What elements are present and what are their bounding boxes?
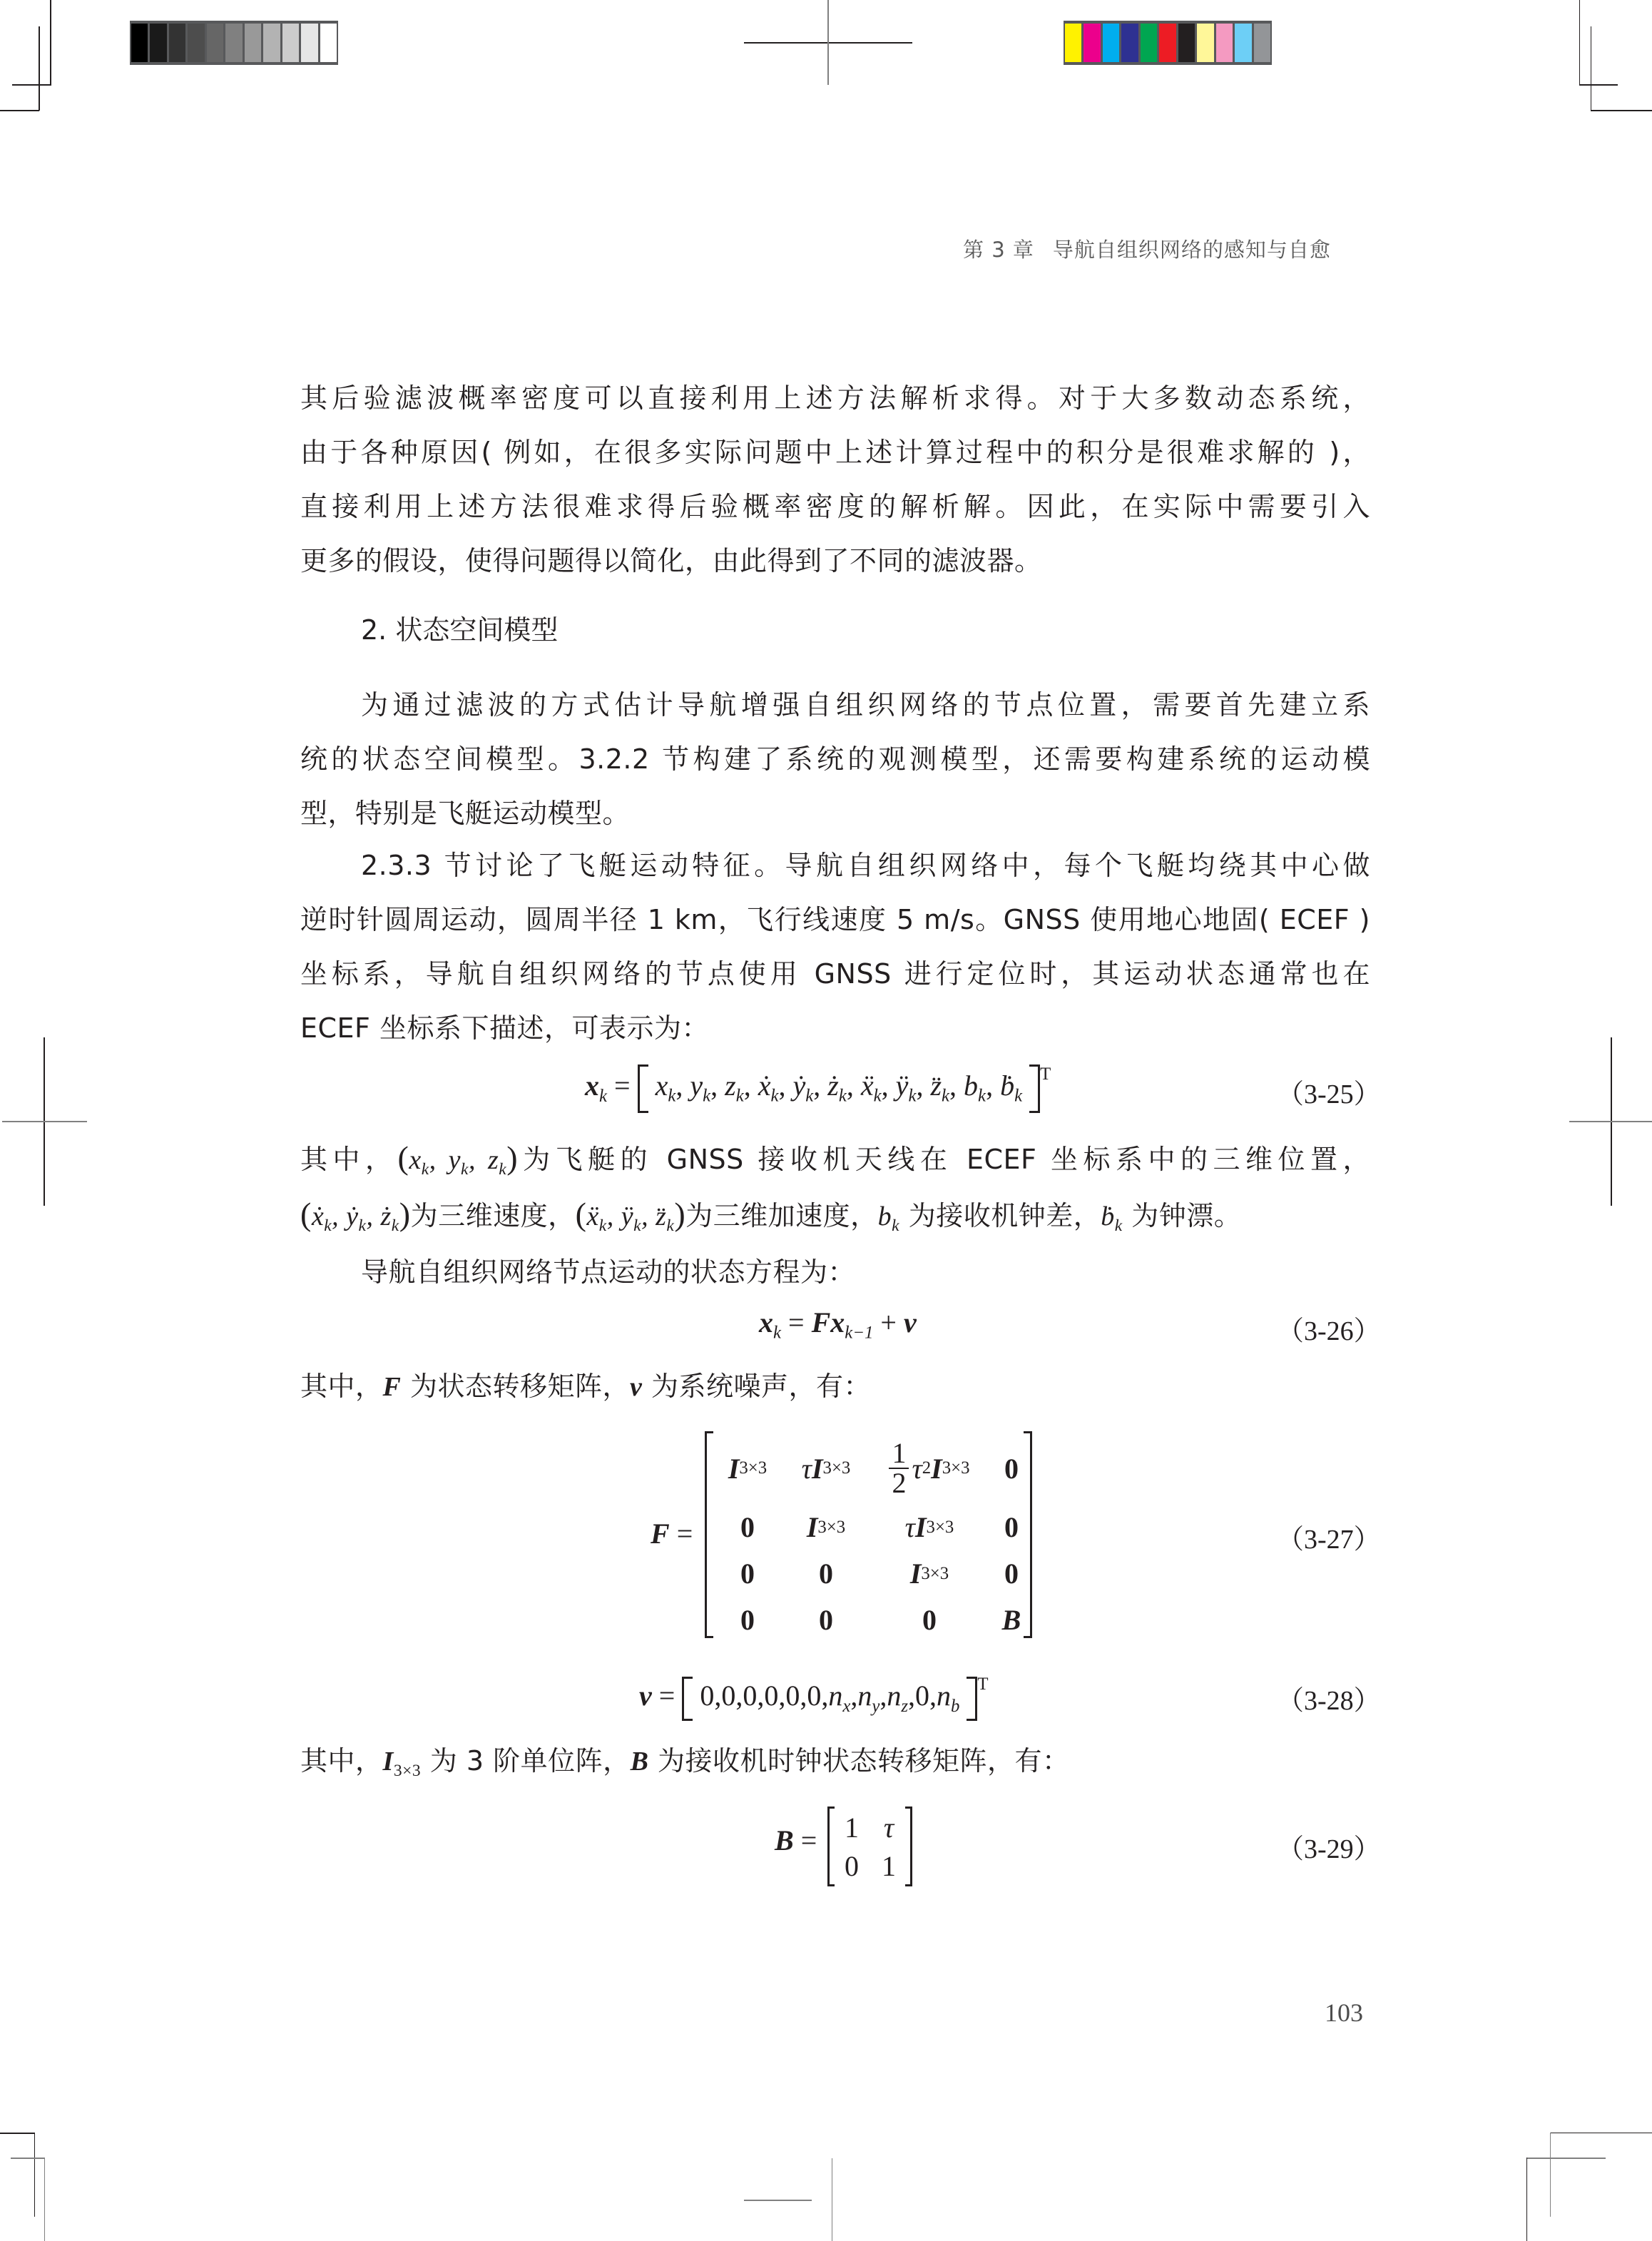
state-element: y bbox=[690, 1069, 703, 1102]
matrix-left-bracket bbox=[705, 1431, 707, 1638]
eq-sub: k−1 bbox=[845, 1323, 873, 1343]
paragraph-motion: 2.3.3 节讨论了飞艇运动特征。导航自组织网络中，每个飞艇均绕其中心做 逆时针… bbox=[300, 838, 1370, 1055]
matrix-cell: 12τ2I3×3 bbox=[869, 1433, 990, 1504]
calibration-swatch bbox=[207, 24, 223, 62]
equation-3-29-lhs: B = bbox=[775, 1824, 817, 1857]
calibration-swatch bbox=[282, 24, 299, 62]
matrix-cell: τI3×3 bbox=[869, 1504, 990, 1550]
state-element: ÿ bbox=[896, 1069, 909, 1102]
matrix-cell: 1 bbox=[870, 1846, 907, 1885]
eq-lhs: x bbox=[759, 1306, 773, 1338]
matrix-cell: 0 bbox=[990, 1504, 1033, 1550]
eq-lhs: v bbox=[639, 1680, 652, 1712]
eq-x: x bbox=[830, 1306, 845, 1338]
calibration-swatch bbox=[1103, 24, 1119, 62]
calibration-swatch bbox=[1121, 24, 1138, 62]
state-element: z bbox=[725, 1069, 736, 1102]
text-line: 为通过滤波的方式估计导航增强自组织网络的节点位置，需要首先建立系 bbox=[300, 678, 1370, 732]
calibration-swatch bbox=[263, 24, 280, 62]
chapter-title: 导航自组织网络的感知与自愈 bbox=[1053, 238, 1331, 262]
eq-lhs: B bbox=[775, 1824, 794, 1856]
state-element: z̈ bbox=[930, 1069, 942, 1102]
state-element: x bbox=[656, 1069, 668, 1102]
matrix-cell: 0 bbox=[712, 1504, 783, 1550]
text-line: 其后验滤波概率密度可以直接利用上述方法解析求得。对于大多数动态系统， bbox=[300, 371, 1370, 425]
equation-number: （3-27） bbox=[1277, 1517, 1381, 1556]
calibration-swatch bbox=[150, 24, 166, 62]
equation-number: （3-26） bbox=[1277, 1308, 1381, 1348]
text-fragment: 为接收机钟差， bbox=[909, 1200, 1101, 1231]
text-line: 由于各种原因( 例如，在很多实际问题中上述计算过程中的积分是很难求解的 )， bbox=[300, 425, 1370, 479]
matrix-cell: 0 bbox=[869, 1597, 990, 1643]
eq-sub: k bbox=[599, 1087, 607, 1106]
calibration-swatch bbox=[1254, 24, 1270, 62]
eq-F: F bbox=[812, 1306, 831, 1338]
grayscale-calibration-bar bbox=[130, 21, 338, 65]
text-fragment: 为钟漂。 bbox=[1131, 1200, 1241, 1231]
matrix-cell: 0 bbox=[783, 1597, 869, 1643]
text-line: 2.3.3 节讨论了飞艇运动特征。导航自组织网络中，每个飞艇均绕其中心做 bbox=[300, 838, 1370, 893]
matrix-cell: 0 bbox=[990, 1550, 1033, 1597]
calibration-swatch bbox=[1141, 24, 1157, 62]
paragraph-state-equation-intro: 导航自组织网络节点运动的状态方程为： bbox=[300, 1245, 1431, 1299]
equation-3-28: v = 0,0,0,0,0,0,nx,ny,nz,0,nb T bbox=[639, 1677, 989, 1721]
matrix-cell: I3×3 bbox=[712, 1433, 783, 1504]
symbol-v: v bbox=[630, 1372, 642, 1402]
calibration-swatch bbox=[1216, 24, 1233, 62]
matrix-cell: τ bbox=[870, 1808, 907, 1846]
text-fragment: 其中， bbox=[300, 1371, 383, 1402]
transpose: T bbox=[1040, 1064, 1051, 1084]
symbol-F: F bbox=[383, 1372, 402, 1402]
text-line: 型，特别是飞艇运动模型。 bbox=[300, 786, 1370, 840]
calibration-swatch bbox=[1178, 24, 1195, 62]
section-heading: 2. 状态空间模型 bbox=[361, 608, 558, 647]
running-header: 第 3 章导航自组织网络的感知与自愈 bbox=[963, 234, 1331, 263]
text-line: 更多的假设，使得问题得以简化，由此得到了不同的滤波器。 bbox=[300, 534, 1370, 588]
transition-matrix-F: I3×3 τI3×3 12τ2I3×3 0 0 I3×3 τI3×3 0 0 0… bbox=[712, 1433, 1033, 1643]
page-number: 103 bbox=[1325, 1998, 1363, 2028]
calibration-swatch bbox=[131, 24, 148, 62]
equation-3-27-lhs: F = bbox=[651, 1517, 693, 1550]
matrix-left-bracket bbox=[827, 1806, 830, 1886]
matrix-cell: I3×3 bbox=[869, 1550, 990, 1597]
equation-3-26: xk = Fxk−1 + v bbox=[759, 1306, 917, 1339]
matrix-cell: 0 bbox=[712, 1597, 783, 1643]
noise-zeros: 0,0,0,0,0,0, bbox=[700, 1680, 828, 1712]
state-vector: xk, yk, zk, ẋk, ẏk, żk, ẍk, ÿk, z̈k, bk,… bbox=[656, 1069, 1023, 1102]
matrix-cell: 0 bbox=[712, 1550, 783, 1597]
state-element: b bbox=[964, 1069, 978, 1102]
matrix-cell: B bbox=[990, 1597, 1033, 1643]
text-line: 统的状态空间模型。3.2.2 节构建了系统的观测模型，还需要构建系统的运动模 bbox=[300, 732, 1370, 786]
fraction-one-half: 12 bbox=[889, 1439, 909, 1498]
text-fragment: 为系统噪声，有： bbox=[651, 1371, 871, 1402]
text-fragment: 为三维加速度， bbox=[685, 1200, 878, 1231]
text-line: 直接利用上述方法很难求得后验概率密度的解析解。因此，在实际中需要引入 bbox=[300, 479, 1370, 534]
matrix-cell: τI3×3 bbox=[783, 1433, 869, 1504]
state-element: ẋ bbox=[758, 1069, 771, 1102]
paragraph-intro: 其后验滤波概率密度可以直接利用上述方法解析求得。对于大多数动态系统， 由于各种原… bbox=[300, 371, 1370, 588]
eq-sub: k bbox=[773, 1323, 781, 1343]
text-fragment: 为三维速度， bbox=[411, 1200, 576, 1231]
eq-lhs: x bbox=[585, 1069, 599, 1102]
calibration-swatch bbox=[1065, 24, 1081, 62]
calibration-swatch bbox=[320, 24, 337, 62]
eq-plus: + bbox=[880, 1306, 897, 1338]
chapter-number: 第 3 章 bbox=[963, 238, 1034, 262]
equation-number: （3-25） bbox=[1277, 1072, 1381, 1111]
transpose: T bbox=[977, 1675, 988, 1694]
state-element: ḃ bbox=[1000, 1069, 1014, 1102]
calibration-swatch bbox=[1084, 24, 1100, 62]
calibration-swatch bbox=[301, 24, 317, 62]
text-line: 坐标系，导航自组织网络的节点使用 GNSS 进行定位时，其运动状态通常也在 bbox=[300, 947, 1370, 1001]
matrix-cell: 1 bbox=[833, 1808, 870, 1846]
calibration-swatch bbox=[188, 24, 204, 62]
equation-number: （3-29） bbox=[1277, 1826, 1381, 1866]
eq-v: v bbox=[904, 1306, 917, 1338]
equation-number: （3-28） bbox=[1277, 1678, 1381, 1717]
paragraph-F-definition: 其中，F 为状态转移矩阵，v 为系统噪声，有： bbox=[300, 1359, 1370, 1414]
calibration-swatch bbox=[1159, 24, 1176, 62]
paragraph-B-definition: 其中，I3×3 为 3 阶单位阵，B 为接收机时钟状态转移矩阵，有： bbox=[300, 1734, 1370, 1789]
clock-matrix-B: 1 τ 0 1 bbox=[833, 1808, 907, 1885]
matrix-cell: 0 bbox=[990, 1433, 1033, 1504]
text-line: 导航自组织网络节点运动的状态方程为： bbox=[361, 1245, 1431, 1299]
calibration-swatch bbox=[1197, 24, 1213, 62]
left-bracket bbox=[682, 1677, 693, 1721]
text-line: ECEF 坐标系下描述，可表示为： bbox=[300, 1001, 1370, 1055]
text-fragment: 其中， bbox=[300, 1745, 383, 1777]
paragraph-state-definition: 其中，(xk, yk, zk)为飞艇的 GNSS 接收机天线在 ECEF 坐标系… bbox=[300, 1131, 1370, 1244]
calibration-swatch bbox=[245, 24, 261, 62]
eq-lhs: F bbox=[651, 1518, 670, 1550]
calibration-swatch bbox=[1235, 24, 1251, 62]
text-line: (ẋk, ẏk, żk)为三维速度，(ẍk, ÿk, z̈k)为三维加速度，bk… bbox=[300, 1187, 1370, 1244]
text-fragment: 为飞艇的 GNSS 接收机天线在 ECEF 坐标系中的三维位置， bbox=[518, 1144, 1370, 1175]
text-line: 逆时针圆周运动，圆周半径 1 km，飞行线速度 5 m/s。GNSS 使用地心地… bbox=[300, 893, 1370, 947]
symbol-B: B bbox=[631, 1747, 649, 1777]
calibration-swatch bbox=[169, 24, 185, 62]
equation-3-25: xk = xk, yk, zk, ẋk, ẏk, żk, ẍk, ÿk, z̈k… bbox=[585, 1064, 1051, 1113]
matrix-cell: I3×3 bbox=[783, 1504, 869, 1550]
text-fragment: 为接收机时钟状态转移矩阵，有： bbox=[658, 1745, 1070, 1777]
calibration-swatch bbox=[225, 24, 242, 62]
text-fragment: 其中， bbox=[300, 1144, 398, 1175]
right-bracket bbox=[967, 1677, 977, 1721]
matrix-right-bracket bbox=[910, 1806, 912, 1886]
text-line: 其中，(xk, yk, zk)为飞艇的 GNSS 接收机天线在 ECEF 坐标系… bbox=[300, 1131, 1370, 1187]
matrix-cell: 0 bbox=[783, 1550, 869, 1597]
state-element: ẏ bbox=[793, 1069, 806, 1102]
left-bracket bbox=[638, 1064, 648, 1113]
matrix-cell: 0 bbox=[833, 1846, 870, 1885]
state-element: ż bbox=[827, 1069, 839, 1102]
state-element: ẍ bbox=[861, 1069, 874, 1102]
text-fragment: 为状态转移矩阵， bbox=[410, 1371, 630, 1402]
right-bracket bbox=[1029, 1064, 1040, 1113]
color-calibration-bar bbox=[1064, 21, 1272, 65]
text-fragment: 为 3 阶单位阵， bbox=[430, 1745, 631, 1777]
paragraph-state-space: 为通过滤波的方式估计导航增强自组织网络的节点位置，需要首先建立系 统的状态空间模… bbox=[300, 678, 1370, 840]
